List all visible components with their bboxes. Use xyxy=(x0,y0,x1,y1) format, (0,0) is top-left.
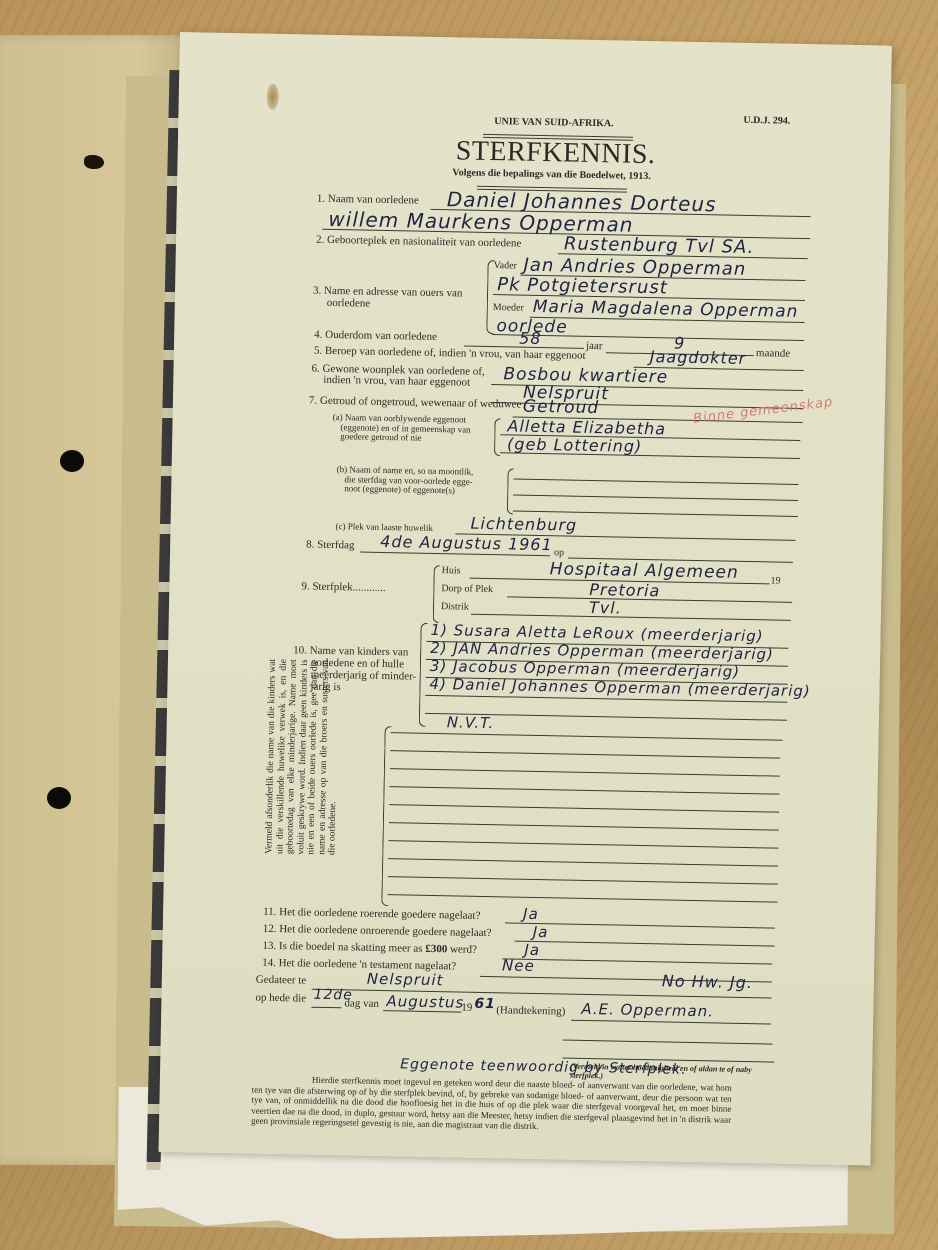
q8-label: 8. Sterfdag xyxy=(306,539,354,552)
q7a-brace xyxy=(494,418,501,456)
marital-status[interactable]: Getroud xyxy=(523,397,600,418)
q11-label: 11. Het die oorledene roerende goedere n… xyxy=(263,906,481,922)
town-label: Dorp of Plek xyxy=(441,583,493,595)
month-label: dag van xyxy=(344,997,379,1010)
op-label: op xyxy=(554,547,564,558)
q12-value[interactable]: Ja xyxy=(533,923,549,941)
q11-value[interactable]: Ja xyxy=(523,905,539,923)
q10-brace xyxy=(419,623,428,727)
q7a-label: (a) Naam van oorblywende eggenoot (eggen… xyxy=(332,413,471,444)
q7-label: 7. Getroud of ongetroud, wewenaar of wed… xyxy=(309,395,522,411)
footnote: Hierdie sterfkennis moet ingevul en gete… xyxy=(251,1074,732,1136)
years-label: jaar xyxy=(586,340,603,352)
marriage-place[interactable]: Lichtenburg xyxy=(470,514,577,535)
father-label: Vader xyxy=(493,260,517,271)
house-label: Huis xyxy=(442,565,461,576)
mother-label: Moeder xyxy=(493,302,524,314)
q7b-brace xyxy=(507,468,514,514)
country-heading: UNIE VAN SUID-AFRIKA. xyxy=(494,116,614,129)
q13-label: 13. Is die boedel na skatting meer as £3… xyxy=(262,940,477,956)
dated-label: Gedateer te xyxy=(256,974,307,987)
folder-tear xyxy=(84,155,104,169)
death-notice-form: UNIE VAN SUID-AFRIKA. U.D.J. 294. STERFK… xyxy=(158,32,891,1165)
signature[interactable]: A.E. Opperman. xyxy=(581,1000,714,1021)
dated-month[interactable]: Augustus xyxy=(386,992,464,1011)
q2-value[interactable]: Rustenburg Tvl SA. xyxy=(564,233,755,258)
q1-value-line2[interactable]: willem Maurkens Opperman xyxy=(328,207,633,237)
year-prefix: 19 xyxy=(461,1002,472,1014)
father-address[interactable]: Pk Potgietersrust xyxy=(497,274,668,298)
spouse-maiden-name[interactable]: (geb Lottering) xyxy=(507,434,642,456)
q1-label: 1. Naam van oorledene xyxy=(317,193,419,207)
punch-hole-bottom xyxy=(47,787,71,809)
q9-brace xyxy=(433,565,440,623)
year-prefix-label: 19 xyxy=(770,575,780,586)
form-code: U.D.J. 294. xyxy=(743,115,790,127)
signature-label: (Handtekening) xyxy=(496,1004,565,1017)
siblings-value[interactable]: N.V.T. xyxy=(447,713,495,732)
side-instruction-note: Vermeld afsonderlik die name van die kin… xyxy=(264,659,341,855)
q12-label: 12. Het die oorledene onroerende goedere… xyxy=(263,923,492,939)
death-house[interactable]: Hospitaal Algemeen xyxy=(550,559,739,583)
q4-label: 4. Ouderdom van oorledene xyxy=(314,329,437,343)
death-district[interactable]: Tvl. xyxy=(589,598,622,618)
punch-hole-top xyxy=(60,450,84,472)
occupation[interactable]: Jaagdokter xyxy=(650,347,747,368)
q14-value[interactable]: Nee xyxy=(502,956,535,975)
siblings-brace xyxy=(381,726,391,906)
q2-label: 2. Geboorteplek en nasionaliteit van oor… xyxy=(316,234,521,250)
dated-year[interactable]: 61 xyxy=(474,996,496,1012)
q9-label: 9. Sterfplek............ xyxy=(301,580,386,594)
q3-label-2: oorledene xyxy=(327,297,371,310)
day-label: op hede die xyxy=(255,992,306,1005)
district-label: Distrik xyxy=(441,601,469,613)
q6-label-2: indien 'n vrou, van haar eggenoot xyxy=(323,374,470,389)
q7b-label: (b) Naam of name en, so na moontlik, die… xyxy=(336,465,473,496)
dated-place[interactable]: Nelspruit xyxy=(367,970,444,989)
official-annotation: No Hw. Jg. xyxy=(662,971,753,992)
months-label: maande xyxy=(756,347,790,360)
paper-stain xyxy=(267,84,279,110)
age-years[interactable]: 58 xyxy=(519,329,542,348)
death-date[interactable]: 4de Augustus 1961 xyxy=(380,532,553,554)
form-title: STERFKENNIS. xyxy=(455,135,655,171)
